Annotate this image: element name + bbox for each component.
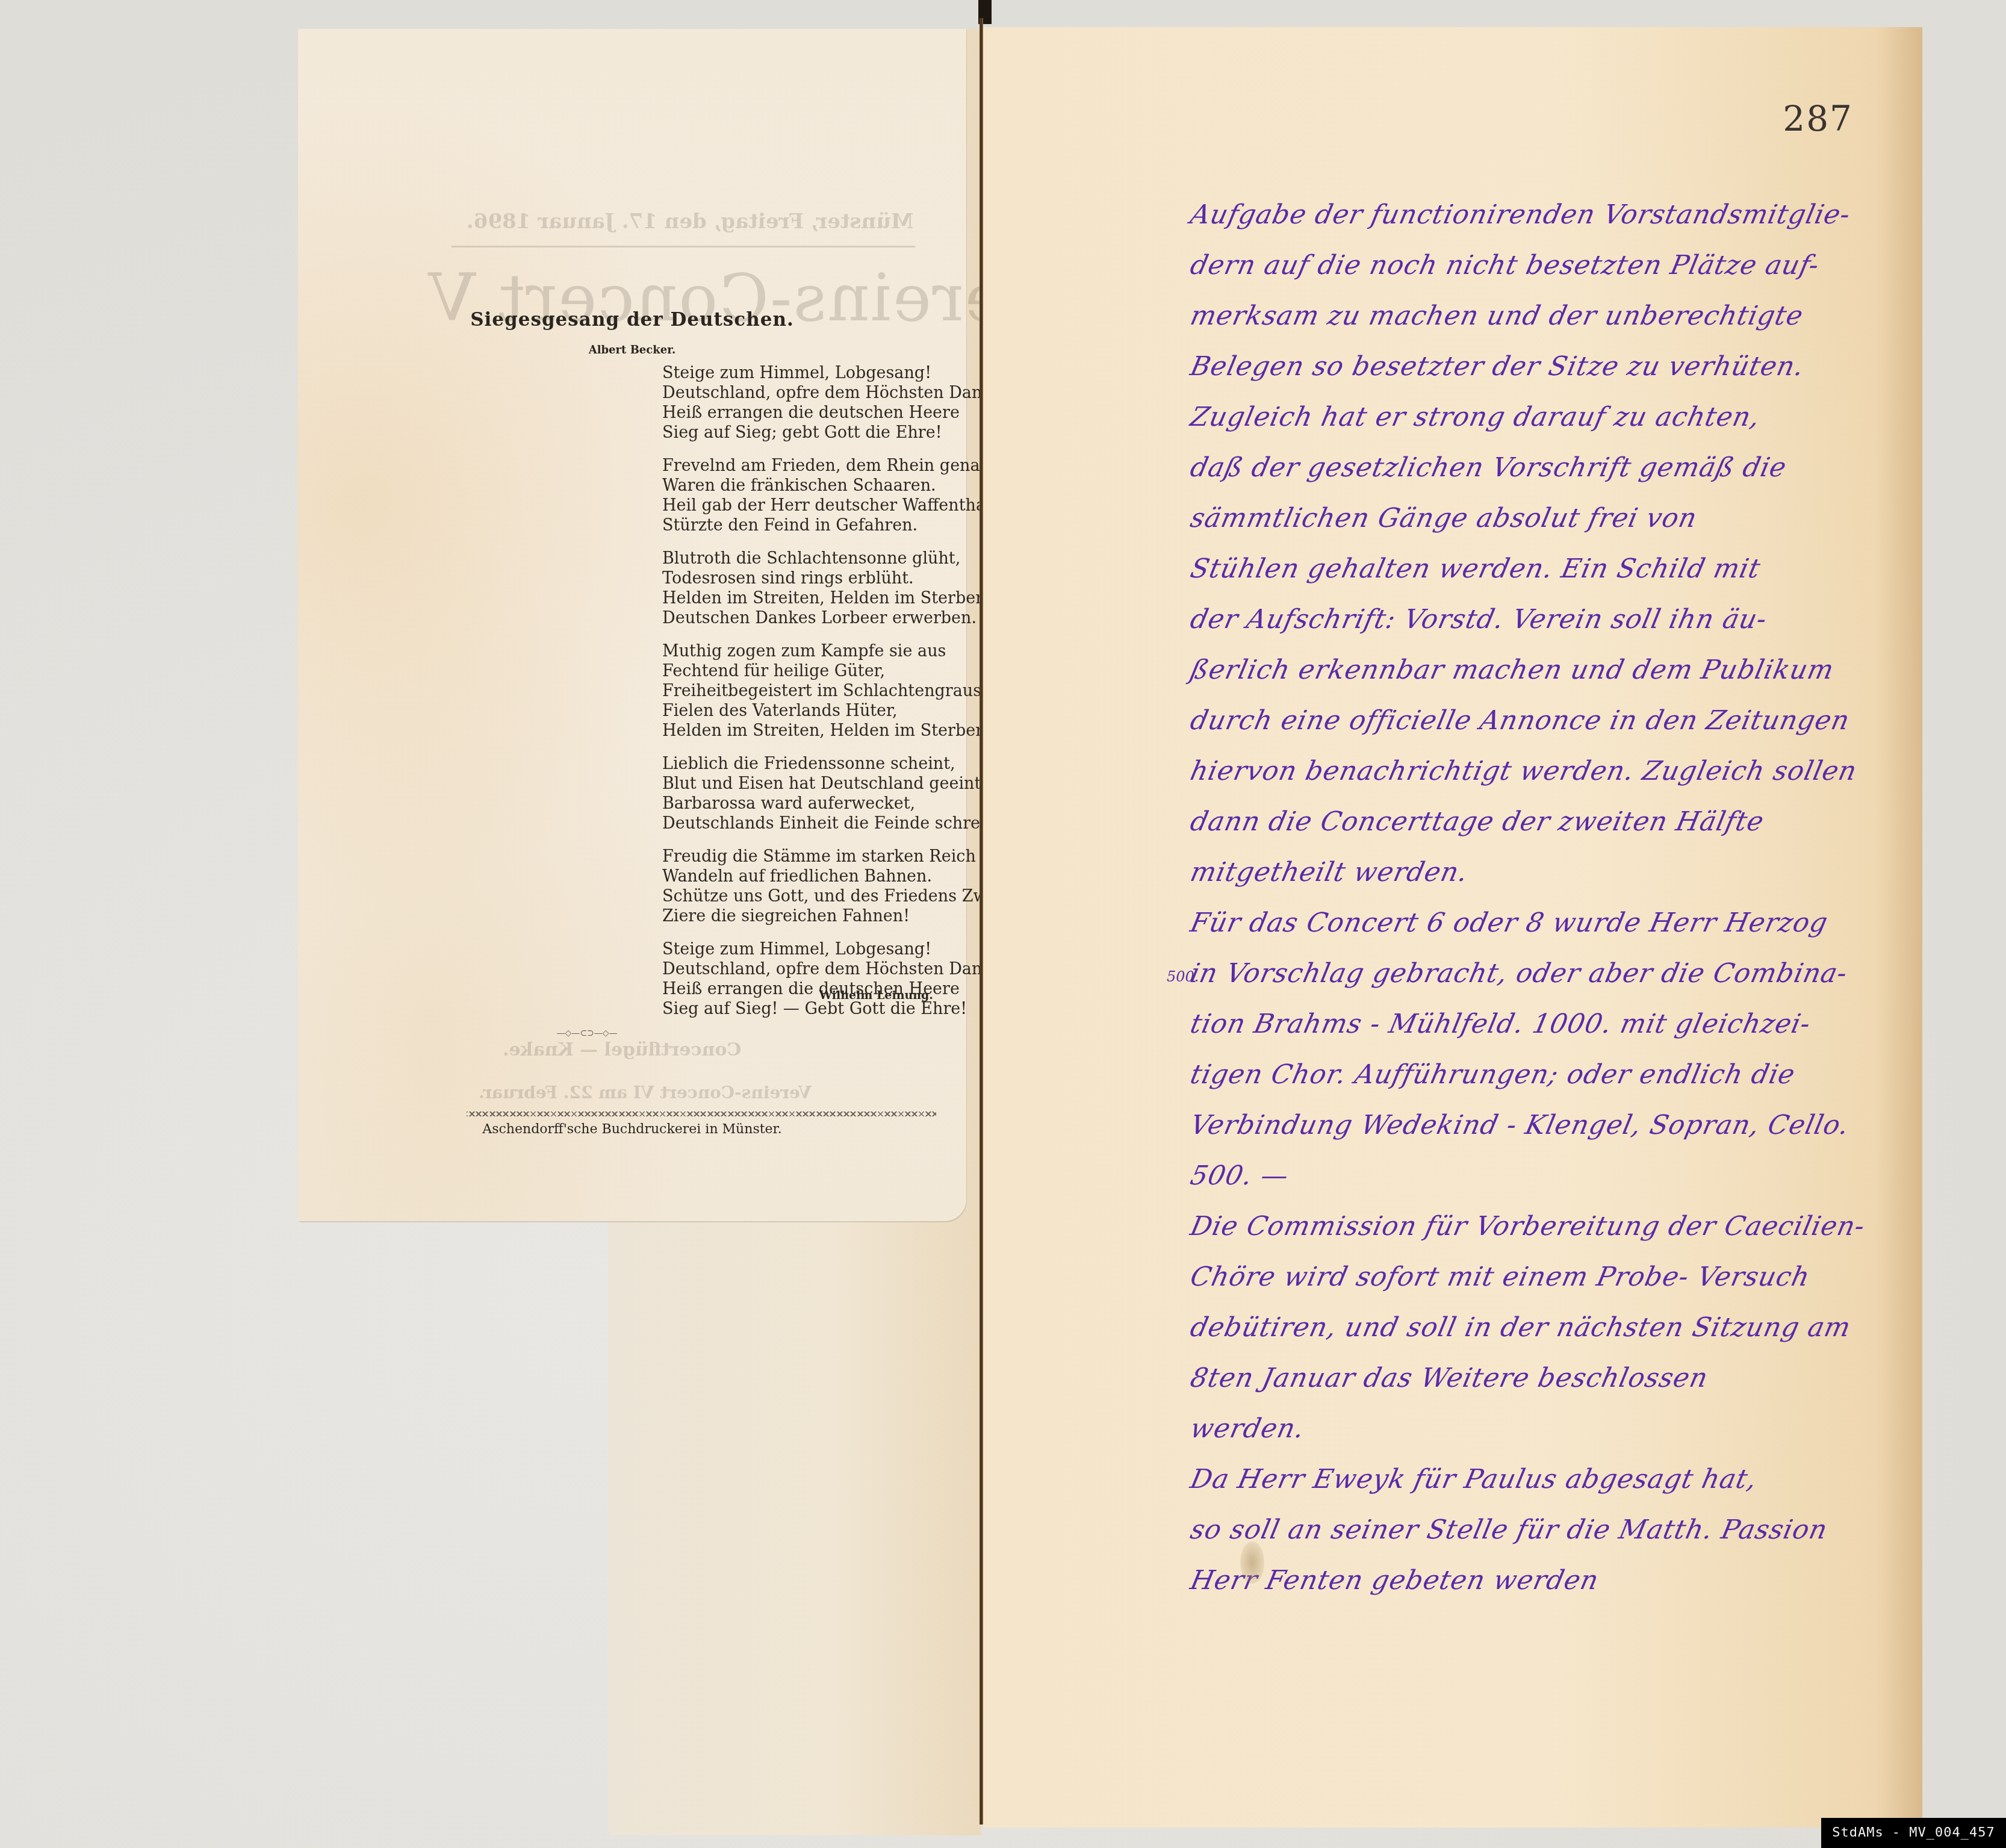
handwritten-line: Chöre wird sofort mit einem Probe- Versu…	[1185, 1252, 1889, 1302]
bleed-through-date-line: Münster, Freitag, den 17. Januar 1896.	[467, 210, 914, 234]
handwritten-line: Stühlen gehalten werden. Ein Schild mit	[1185, 544, 1889, 594]
handwritten-line: Die Commission für Vorbereitung der Caec…	[1185, 1201, 1889, 1252]
stanza-line: Steige zum Himmel, Lobgesang!	[662, 939, 987, 959]
handwritten-line: der Aufschrift: Vorstd. Verein soll ihn …	[1185, 594, 1889, 645]
handwritten-line: daß der gesetzlichen Vorschrift gemäß di…	[1185, 443, 1889, 493]
bleed-through-rule	[452, 246, 915, 247]
handwritten-line: merksam zu machen und der unberechtigte	[1185, 291, 1889, 341]
stanza-line: Steige zum Himmel, Lobgesang!	[662, 363, 987, 383]
handwritten-minutes: Aufgabe der functionirenden Vorstandsmit…	[1191, 190, 1883, 1606]
handwritten-line: mitgetheilt werden.	[1185, 847, 1889, 898]
handwritten-line: dann die Concerttage der zweiten Hälfte	[1185, 797, 1889, 847]
stanza-line: Heil gab der Herr deutscher Waffenthat,	[662, 496, 987, 515]
stanza-line: Ziere die siegreichen Fahnen!	[662, 906, 987, 926]
handwritten-line: hiervon benachrichtigt werden. Zugleich …	[1185, 746, 1889, 797]
handwritten-line: Zugleich hat er strong darauf zu achten,	[1185, 392, 1889, 443]
handwritten-line: Belegen so besetzter der Sitze zu verhüt…	[1185, 341, 1889, 392]
handwritten-line: 8ten Januar das Weitere beschlossen	[1185, 1353, 1889, 1404]
handwritten-line: 500. —	[1185, 1151, 1889, 1201]
handwritten-line: Für das Concert 6 oder 8 wurde Herr Herz…	[1185, 898, 1889, 948]
stanza: Frevelnd am Frieden, dem Rhein genahtWar…	[662, 456, 987, 535]
stanza-line: Schütze uns Gott, und des Friedens Zweig	[662, 886, 987, 906]
stanza: Blutroth die Schlachtensonne glüht,Todes…	[662, 549, 987, 628]
handwritten-line: Aufgabe der functionirenden Vorstandsmit…	[1185, 190, 1889, 240]
stanza-line: Sieg auf Sieg; gebt Gott die Ehre!	[662, 423, 987, 443]
stanza: Freudig die Stämme im starken ReichWande…	[662, 847, 987, 926]
handwritten-insertion: 500.	[1167, 968, 1199, 985]
stanza-line: Heiß errangen die deutschen Heere	[662, 403, 987, 423]
handwritten-line: werden.	[1185, 1404, 1889, 1454]
stanza-line: Blutroth die Schlachtensonne glüht,	[662, 549, 987, 568]
stanza-line: Helden im Streiten, Helden im Sterben	[662, 588, 987, 608]
song-lyrics: Steige zum Himmel, Lobgesang!Deutschland…	[662, 363, 987, 1032]
stanza-line: Deutschland, opfre dem Höchsten Dank!	[662, 383, 987, 403]
stanza-line: Helden im Streiten, Helden im Sterben!	[662, 721, 987, 741]
right-book-page: 287 Aufgabe der functionirenden Vorstand…	[983, 27, 1922, 1828]
stanza-line: Barbarossa ward auferwecket,	[662, 794, 987, 814]
stanza-line: Blut und Eisen hat Deutschland geeint;	[662, 774, 987, 794]
stanza-line: Waren die fränkischen Schaaren.	[662, 476, 987, 496]
stanza-line: Stürzte den Feind in Gefahren.	[662, 515, 987, 535]
stanza-line: Deutschland, opfre dem Höchsten Dank!	[662, 959, 987, 979]
wavy-rule	[467, 1112, 936, 1116]
stanza-line: Wandeln auf friedlichen Bahnen.	[662, 866, 987, 886]
stanza-line: Freiheitbegeistert im Schlachtengraus	[662, 681, 987, 701]
handwritten-line: tion Brahms - Mühlfeld. 1000. mit gleich…	[1185, 999, 1889, 1050]
paper-stain	[1240, 1542, 1264, 1584]
handwritten-line: ßerlich erkennbar machen und dem Publiku…	[1185, 645, 1889, 695]
stanza-line: Deutschen Dankes Lorbeer erwerben.	[662, 608, 987, 628]
bleed-through-footer-next-concert: Vereins-Concert VI am 22. Februar.	[479, 1083, 812, 1103]
stanza: Steige zum Himmel, Lobgesang!Deutschland…	[662, 363, 987, 443]
printer-imprint: Aschendorff'sche Buchdruckerei in Münste…	[298, 1122, 966, 1137]
stanza-line: Fechtend für heilige Güter,	[662, 661, 987, 681]
handwritten-line: debütiren, und soll in der nächsten Sitz…	[1185, 1302, 1889, 1353]
stanza: Lieblich die Friedenssonne scheint,Blut …	[662, 754, 987, 833]
handwritten-line: sämmtlichen Gänge absolut frei von	[1185, 493, 1889, 544]
stanza-line: Freudig die Stämme im starken Reich	[662, 847, 987, 866]
stanza-line: Frevelnd am Frieden, dem Rhein genaht	[662, 456, 987, 476]
stanza-line: Todesrosen sind rings erblüht.	[662, 568, 987, 588]
stanza: Steige zum Himmel, Lobgesang!Deutschland…	[662, 939, 987, 1019]
song-title: Siegesgesang der Deutschen.	[298, 309, 966, 331]
handwritten-line: durch eine officielle Annonce in den Zei…	[1185, 695, 1889, 746]
printed-song-sheet: Münster, Freitag, den 17. Januar 1896. V…	[298, 29, 966, 1221]
stanza: Muthig zogen zum Kampfe sie ausFechtend …	[662, 641, 987, 741]
archive-reference-label: StdAMs - MV_004_457	[1821, 1818, 2006, 1848]
ornament-divider: —◇—⊂⊃—◇—	[545, 1028, 629, 1037]
handwritten-line: Herr Fenten gebeten werden	[1185, 1555, 1889, 1606]
stanza-line: Muthig zogen zum Kampfe sie aus	[662, 641, 987, 661]
page-number: 287	[1783, 98, 1853, 139]
stanza-line: Deutschlands Einheit die Feinde schrecke…	[662, 814, 987, 833]
song-lyricist: Wilhelm Leinung.	[819, 989, 933, 1002]
handwritten-line: tigen Chor. Aufführungen; oder endlich d…	[1185, 1050, 1889, 1100]
handwritten-line: in Vorschlag gebracht, oder aber die Com…	[1185, 948, 1889, 999]
song-composer: Albert Becker.	[298, 344, 966, 356]
stanza-line: Lieblich die Friedenssonne scheint,	[662, 754, 987, 774]
handwritten-line: so soll an seiner Stelle für die Matth. …	[1185, 1505, 1889, 1555]
bleed-through-footer-piano: Concertflügel — Knake.	[503, 1039, 741, 1060]
handwritten-line: dern auf die noch nicht besetzten Plätze…	[1185, 240, 1889, 291]
stanza-line: Fielen des Vaterlands Hüter,	[662, 701, 987, 721]
handwritten-line: Da Herr Eweyk für Paulus abgesagt hat,	[1185, 1454, 1889, 1505]
handwritten-line: Verbindung Wedekind - Klengel, Sopran, C…	[1185, 1100, 1889, 1151]
